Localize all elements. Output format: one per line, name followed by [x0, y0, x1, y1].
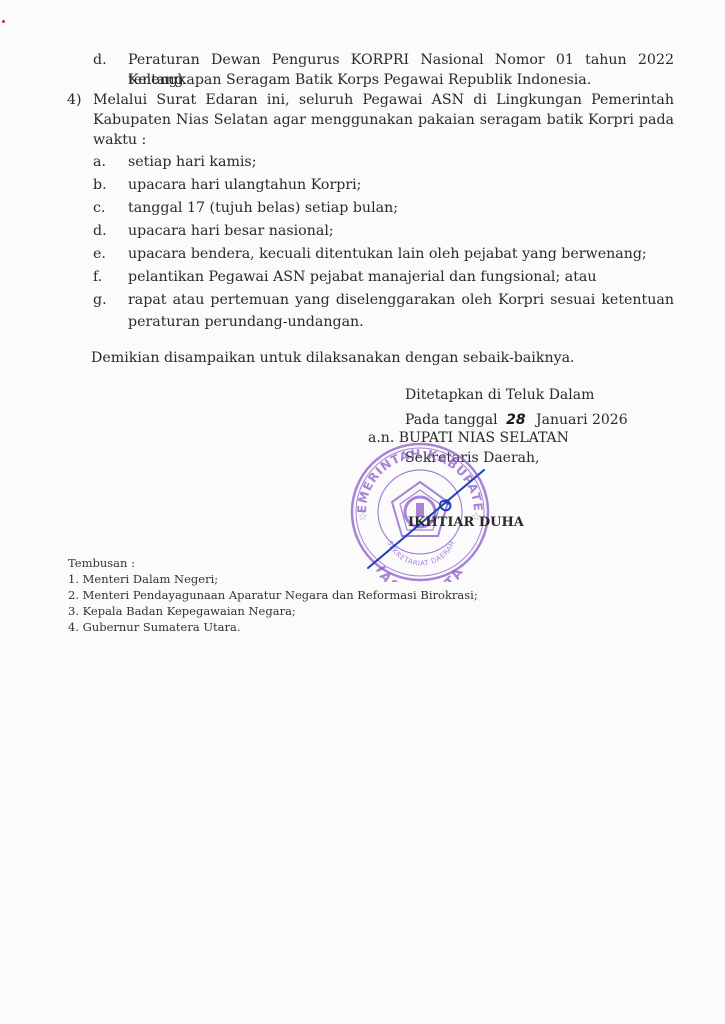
- list-item: tanggal 17 (tujuh belas) setiap bulan;: [128, 198, 398, 218]
- cc-item: 2. Menteri Pendayagunaan Aparatur Negara…: [68, 588, 478, 604]
- point-marker: 4): [67, 90, 82, 110]
- list-marker: b.: [93, 175, 107, 195]
- cc-item: 4. Gubernur Sumatera Utara.: [68, 620, 241, 636]
- signature-date: Pada tanggal 28 Januari 2026: [405, 410, 628, 430]
- closing-statement: Demikian disampaikan untuk dilaksanakan …: [91, 348, 575, 368]
- list-item: upacara bendera, kecuali ditentukan lain…: [128, 244, 647, 264]
- list-item-continuation: peraturan perundang-undangan.: [128, 312, 364, 332]
- date-rest: Januari 2026: [536, 412, 628, 428]
- cc-item: 3. Kepala Badan Kepegawaian Negara;: [68, 604, 296, 620]
- list-marker: a.: [93, 152, 106, 172]
- list-item: pelantikan Pegawai ASN pejabat manajeria…: [128, 267, 597, 287]
- point4-line-1: Melalui Surat Edaran ini, seluruh Pegawa…: [93, 90, 674, 110]
- list-item: rapat atau pertemuan yang diselenggaraka…: [128, 290, 674, 310]
- signatory-name: IKHTIAR DUHA: [408, 513, 524, 533]
- cc-heading: Tembusan :: [68, 556, 135, 572]
- date-prefix: Pada tanggal: [405, 412, 498, 428]
- handwritten-day: 28: [506, 412, 525, 428]
- list-item: setiap hari kamis;: [128, 152, 257, 172]
- list-marker: f.: [93, 267, 102, 287]
- svg-text:☆: ☆: [358, 510, 368, 523]
- point4-line-2: Kabupaten Nias Selatan agar menggunakan …: [93, 110, 674, 130]
- scan-speck: [2, 20, 5, 23]
- list-marker: g.: [93, 290, 107, 310]
- list-item: upacara hari ulangtahun Korpri;: [128, 175, 361, 195]
- signature-place: Ditetapkan di Teluk Dalam: [405, 385, 594, 405]
- cc-item: 1. Menteri Dalam Negeri;: [68, 572, 218, 588]
- list-marker: e.: [93, 244, 106, 264]
- official-stamp-icon: PEMERINTAH KABUPATEN NIAS SELATAN SEKRET…: [346, 440, 494, 582]
- list-marker: d.: [93, 50, 107, 70]
- list-marker: c.: [93, 198, 105, 218]
- document-page: d. Peraturan Dewan Pengurus KORPRI Nasio…: [0, 0, 725, 1024]
- point4-line-3: waktu :: [93, 130, 146, 150]
- svg-text:PEMERINTAH KABUPATEN: PEMERINTAH KABUPATEN: [346, 440, 485, 514]
- list-item: upacara hari besar nasional;: [128, 221, 334, 241]
- list-marker: d.: [93, 221, 107, 241]
- regulation-line-2: Kelengkapan Seragam Batik Korps Pegawai …: [128, 70, 591, 90]
